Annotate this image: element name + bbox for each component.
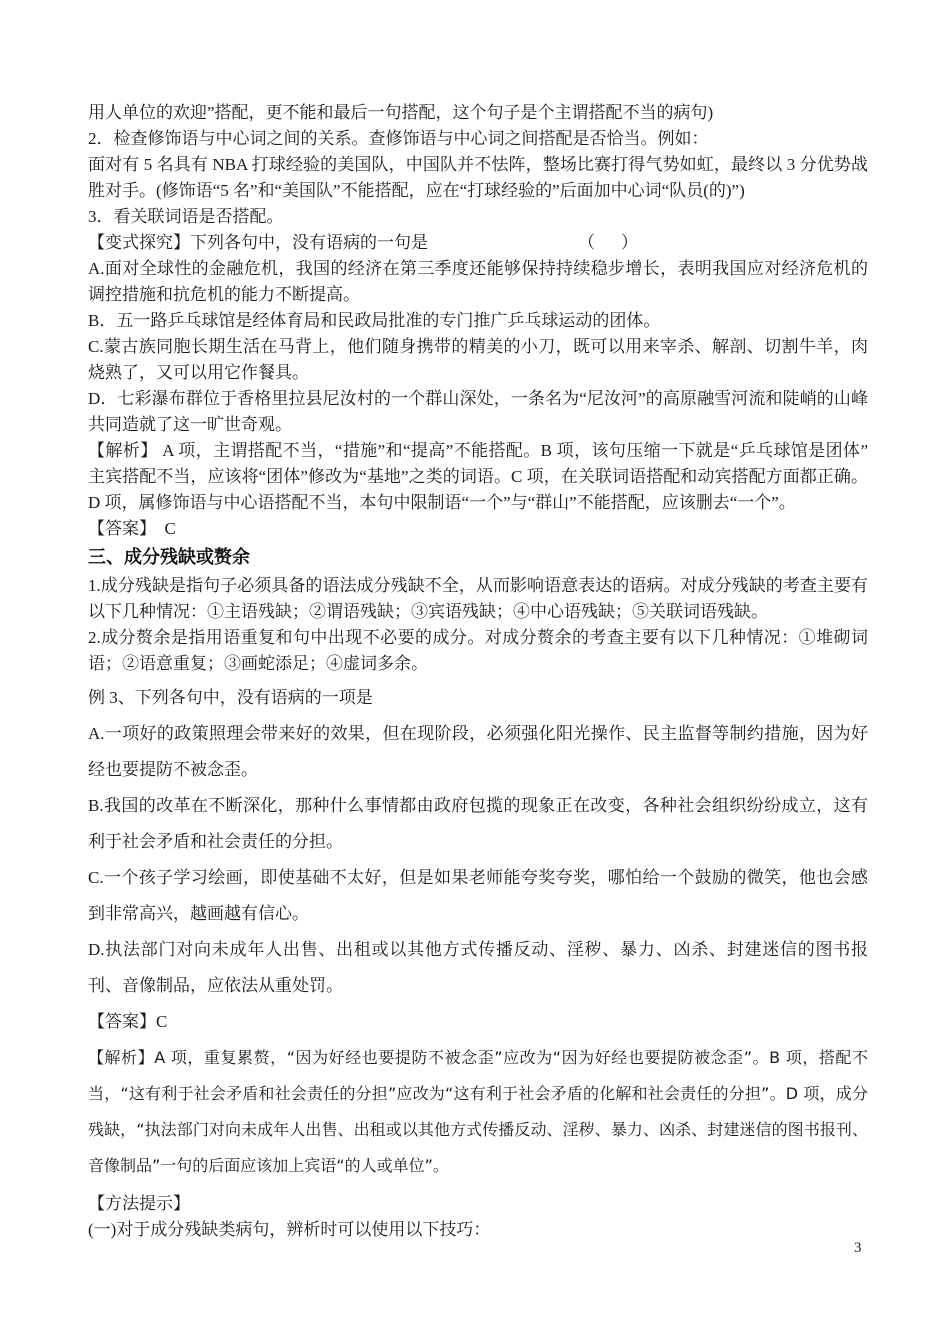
document-page: 用人单位的欢迎”搭配，更不能和最后一句搭配，这个句子是个主谓搭配不当的病句) 2… xyxy=(0,0,950,1344)
variant-option-d: D．七彩瀑布群位于香格里拉县尼汝村的一个群山深处，一条名为“尼汝河”的高原融雪河… xyxy=(88,386,868,438)
intro-rule-2-example: 面对有 5 名具有 NBA 打球经验的美国队，中国队并不怯阵，整场比赛打得气势如… xyxy=(88,152,868,204)
variant-option-b: B．五一路乒乓球馆是经体育局和民政局批准的专门推广乒乓球运动的团体。 xyxy=(88,308,868,334)
method-tips-title: 【方法提示】 xyxy=(88,1191,868,1217)
section-3-point-2: 2.成分赘余是指用语重复和句中出现不必要的成分。对成分赘余的考查主要有以下几种情… xyxy=(88,625,868,677)
section-3-point-1: 1.成分残缺是指句子必须具备的语法成分残缺不全，从而影响语意表达的语病。对成分残… xyxy=(88,573,868,625)
page-number: 3 xyxy=(854,1238,862,1258)
method-tips-item-1: (一)对于成分残缺类病句，辨析时可以使用以下技巧： xyxy=(88,1217,868,1243)
variant-analysis: 【解析】 A 项，主谓搭配不当，“措施”和“提高”不能搭配。B 项，该句压缩一下… xyxy=(88,438,868,516)
example-3-answer: 【答案】C xyxy=(88,1004,868,1040)
variant-prompt: 【变式探究】下列各句中，没有语病的一句是 xyxy=(88,233,428,252)
example-3-option-a: A.一项好的政策照理会带来好的效果，但在现阶段，必须强化阳光操作、民主监督等制约… xyxy=(88,716,868,788)
variant-option-c: C.蒙古族同胞长期生活在马背上，他们随身携带的精美的小刀，既可以用来宰杀、解剖、… xyxy=(88,334,868,386)
answer-bracket: （） xyxy=(578,233,664,252)
example-3-analysis: 【解析】A 项，重复累赘，“因为好经也要提防不被念歪”应改为“因为好经也要提防被… xyxy=(88,1040,868,1184)
example-3-option-c: C.一个孩子学习绘画，即使基础不太好，但是如果老师能夸奖夸奖，哪怕给一个鼓励的微… xyxy=(88,860,868,932)
variant-option-a: A.面对全球性的金融危机，我国的经济在第三季度还能够保持持续稳步增长，表明我国应… xyxy=(88,256,868,308)
example-3-prompt: 例 3、下列各句中，没有语病的一项是 xyxy=(88,680,868,716)
intro-rule-3: 3．看关联词语是否搭配。 xyxy=(88,204,868,230)
page-content: 用人单位的欢迎”搭配，更不能和最后一句搭配，这个句子是个主谓搭配不当的病句) 2… xyxy=(88,100,868,1243)
variant-answer: 【答案】 C xyxy=(88,516,868,542)
intro-line-carryover: 用人单位的欢迎”搭配，更不能和最后一句搭配，这个句子是个主谓搭配不当的病句) xyxy=(88,100,868,126)
example-3-option-b: B.我国的改革在不断深化，那种什么事情都由政府包揽的现象正在改变，各种社会组织纷… xyxy=(88,788,868,860)
variant-question-line: 【变式探究】下列各句中，没有语病的一句是（） xyxy=(88,230,868,256)
example-3-block: 例 3、下列各句中，没有语病的一项是 A.一项好的政策照理会带来好的效果，但在现… xyxy=(88,680,868,1184)
method-tips-block: 【方法提示】 (一)对于成分残缺类病句，辨析时可以使用以下技巧： xyxy=(88,1191,868,1243)
example-3-option-d: D.执法部门对向未成年人出售、出租或以其他方式传播反动、淫秽、暴力、凶杀、封建迷… xyxy=(88,932,868,1004)
intro-rule-2: 2．检查修饰语与中心词之间的关系。查修饰语与中心词之间搭配是否恰当。例如： xyxy=(88,126,868,152)
section-3-heading: 三、成分残缺或赘余 xyxy=(88,544,868,572)
